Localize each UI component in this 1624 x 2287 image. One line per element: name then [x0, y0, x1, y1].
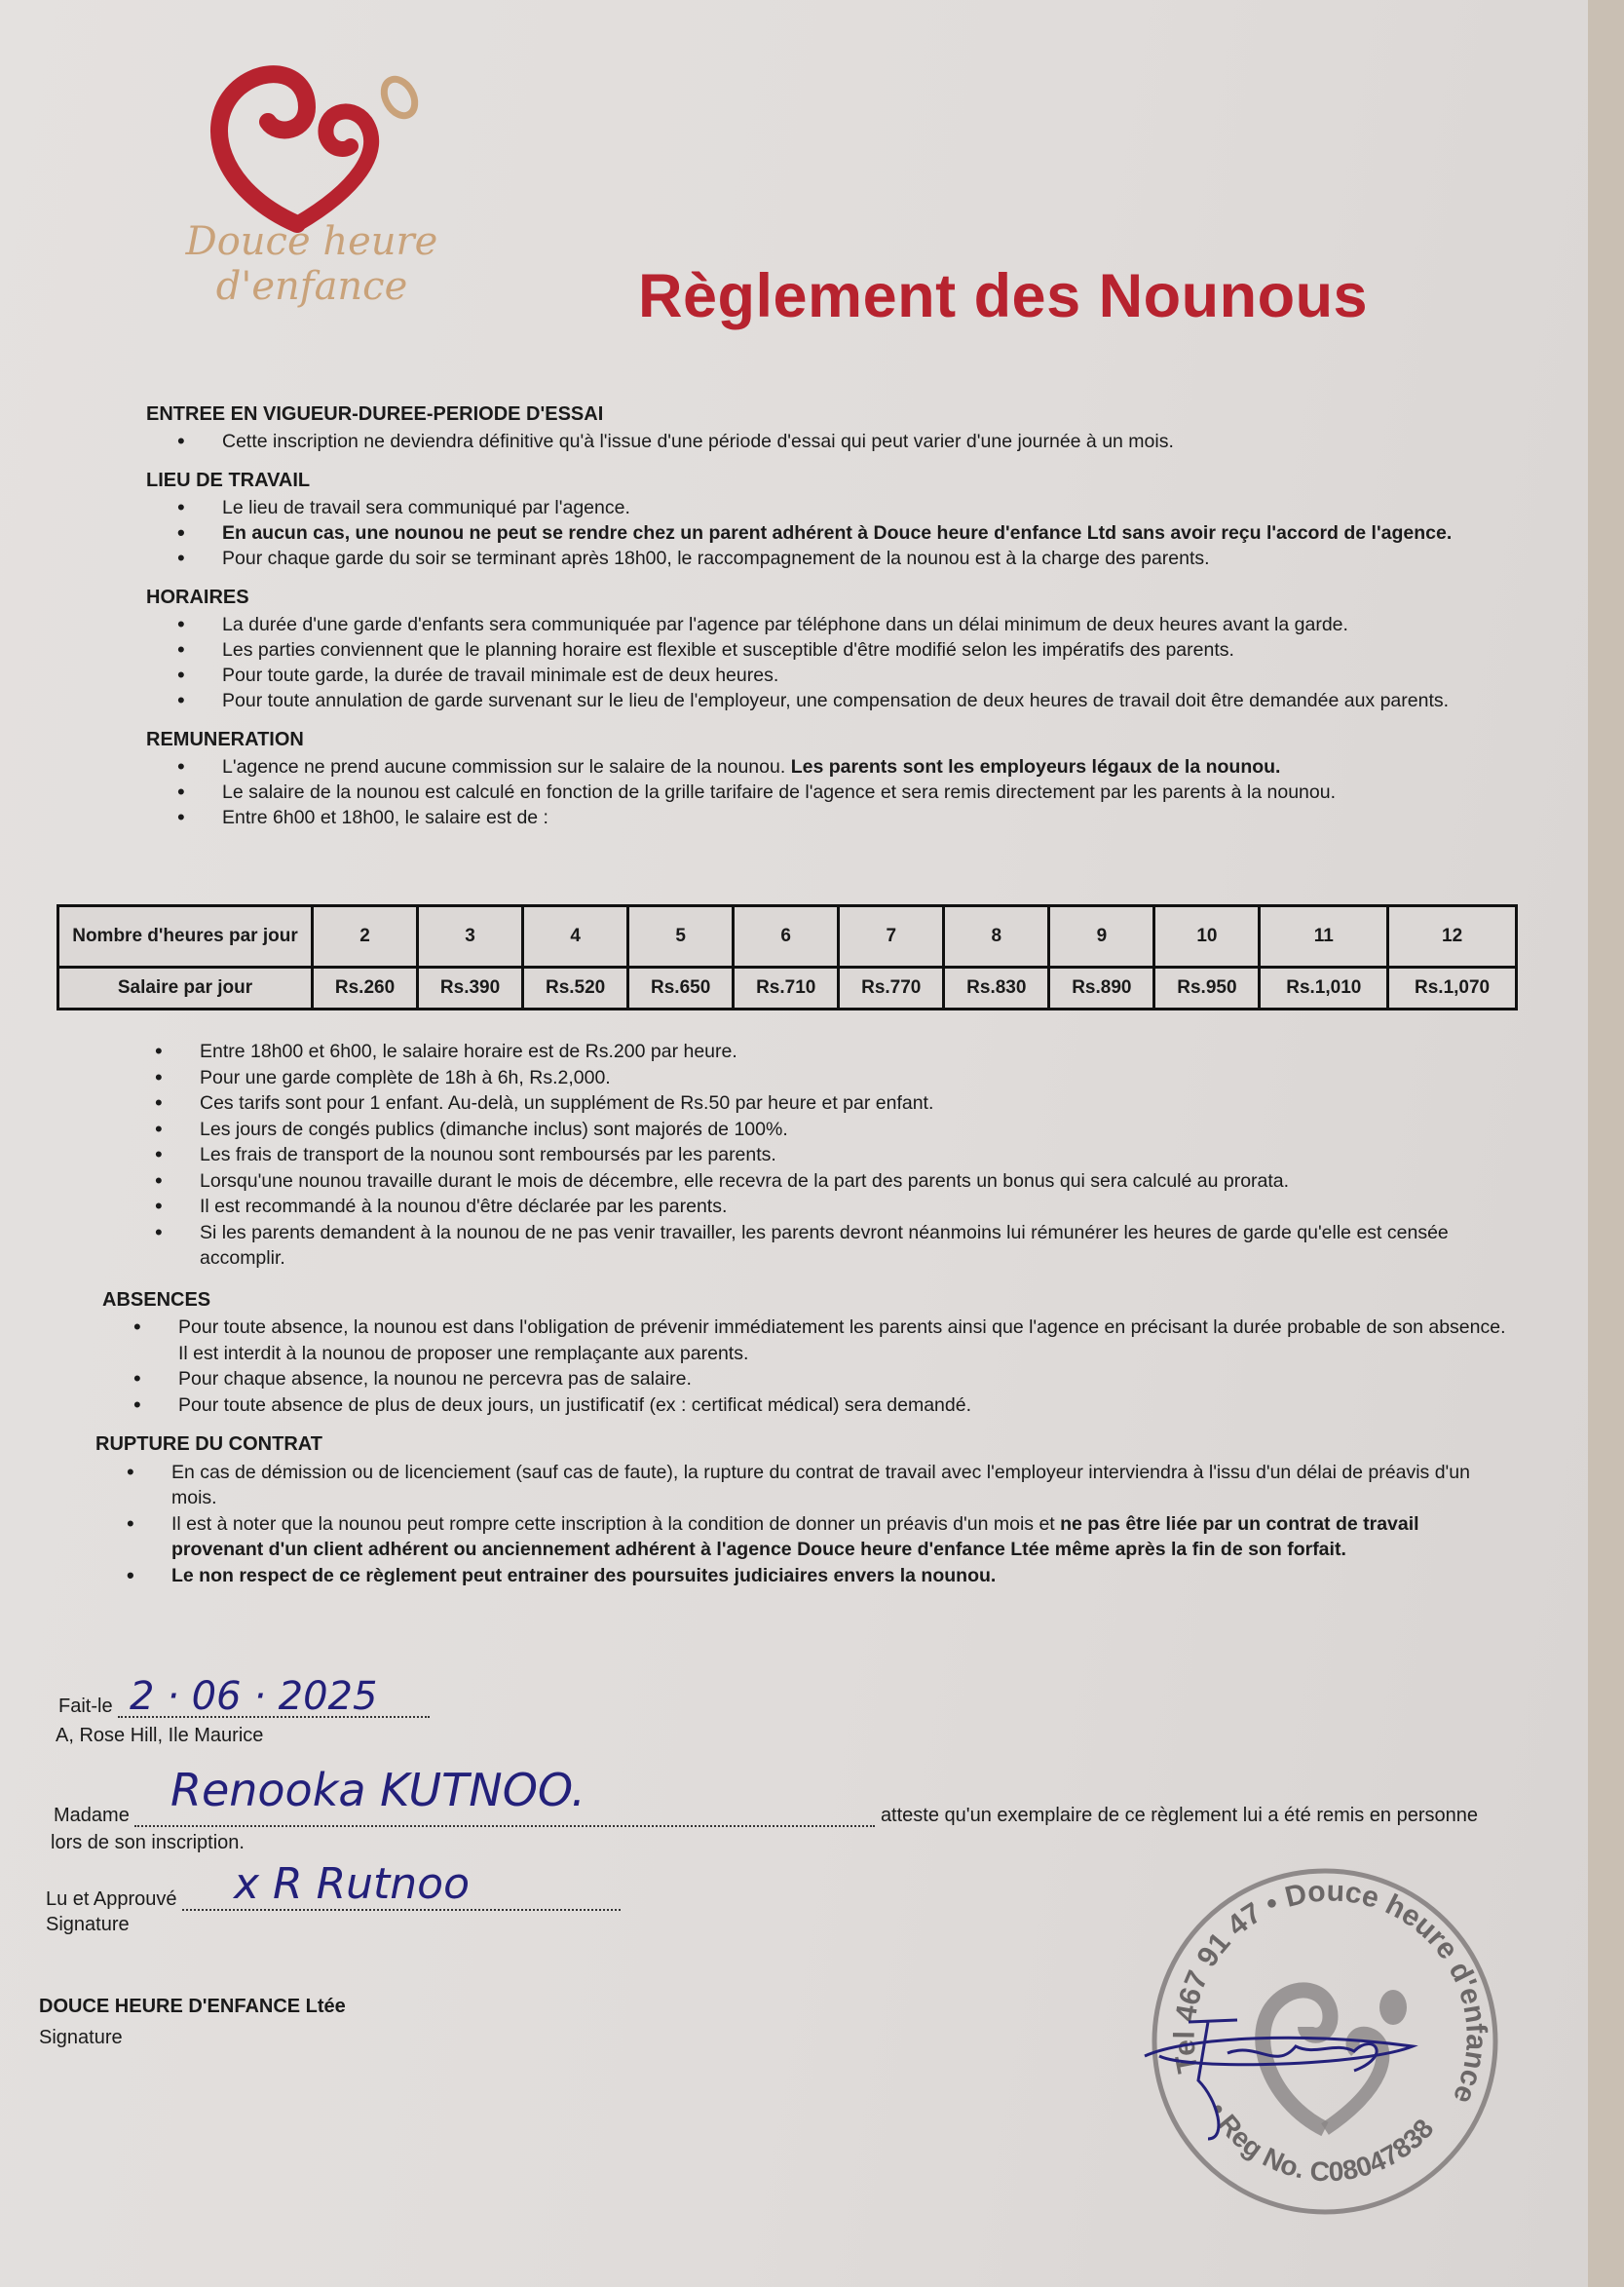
section-absences: ABSENCES Pour toute absence, la nounou e…: [102, 1287, 1510, 1419]
salary-cell: Rs.650: [628, 968, 734, 1010]
hours-cell: 8: [944, 906, 1049, 968]
hours-cell: 10: [1154, 906, 1260, 968]
list-item: Les jours de congés publics (dimanche in…: [200, 1117, 1510, 1143]
list-item: Entre 6h00 et 18h00, le salaire est de :: [222, 805, 1510, 830]
section-heading: ENTREE EN VIGUEUR-DUREE-PERIODE D'ESSAI: [146, 401, 1510, 427]
list-item: L'agence ne prend aucune commission sur …: [222, 754, 1510, 780]
company-name: DOUCE HEURE D'ENFANCE Ltée: [39, 1996, 346, 2018]
hours-cell: 3: [418, 906, 523, 968]
company-signature-label: Signature: [39, 2027, 123, 2049]
item-text: L'agence ne prend aucune commission sur …: [222, 756, 791, 778]
salary-cell: Rs.520: [523, 968, 628, 1010]
salary-cell: Rs.710: [734, 968, 839, 1010]
handwritten-date: 2 · 06 · 2025: [130, 1674, 377, 1719]
section-heading: LIEU DE TRAVAIL: [146, 468, 1510, 493]
salary-cell: Rs.890: [1049, 968, 1154, 1010]
list-item: Le lieu de travail sera communiqué par l…: [222, 495, 1510, 520]
section-remuneration: REMUNERATION L'agence ne prend aucune co…: [146, 727, 1510, 830]
lu-approuve-label: Lu et Approuvé: [46, 1888, 177, 1910]
item-text: Il est à noter que la nounou peut rompre…: [171, 1513, 1060, 1535]
section-entree: ENTREE EN VIGUEUR-DUREE-PERIODE D'ESSAI …: [146, 401, 1510, 454]
company-stamp-icon: Tel 467 91 47 • Douce heure d'enfance Lt…: [1130, 1847, 1520, 2236]
salary-cell: Rs.390: [418, 968, 523, 1010]
list-item: Si les parents demandent à la nounou de …: [200, 1220, 1510, 1272]
table-row-salaries: Salaire par jour Rs.260Rs.390Rs.520Rs.65…: [58, 968, 1517, 1010]
list-item: Ces tarifs sont pour 1 enfant. Au-delà, …: [200, 1090, 1510, 1117]
section-remuneration-continued: Entre 18h00 et 6h00, le salaire horaire …: [146, 1039, 1510, 1272]
hours-cell: 2: [313, 906, 418, 968]
hours-cell: 11: [1260, 906, 1388, 968]
madame-label: Madame: [54, 1805, 130, 1826]
list-item: Pour toute absence, la nounou est dans l…: [178, 1315, 1510, 1366]
list-item: En cas de démission ou de licenciement (…: [171, 1460, 1510, 1511]
attest-text: atteste qu'un exemplaire de ce règlement…: [881, 1805, 1478, 1826]
brand-name: Douce heure d'enfance: [170, 219, 453, 309]
name-field[interactable]: [134, 1825, 875, 1827]
list-item: Lorsqu'une nounou travaille durant le mo…: [200, 1168, 1510, 1195]
list-item: Pour toute absence de plus de deux jours…: [178, 1392, 1510, 1419]
hours-cell: 5: [628, 906, 734, 968]
hours-cell: 9: [1049, 906, 1154, 968]
brand-line-1: Douce heure: [170, 219, 453, 264]
handwritten-name: Renooka KUTNOO.: [170, 1764, 585, 1816]
list-item: Pour chaque absence, la nounou ne percev…: [178, 1366, 1510, 1392]
signature-label: Signature: [46, 1914, 130, 1936]
section-heading: RUPTURE DU CONTRAT: [95, 1431, 1510, 1458]
rules-body-continued: Entre 18h00 et 6h00, le salaire horaire …: [146, 1039, 1510, 1602]
hours-cell: 12: [1388, 906, 1517, 968]
list-item: Pour une garde complète de 18h à 6h, Rs.…: [200, 1065, 1510, 1091]
salary-cell: Rs.1,010: [1260, 968, 1388, 1010]
table-row-hours: Nombre d'heures par jour 23456789101112: [58, 906, 1517, 968]
salary-cell: Rs.830: [944, 968, 1049, 1010]
section-lieu: LIEU DE TRAVAIL Le lieu de travail sera …: [146, 468, 1510, 571]
hours-cell: 6: [734, 906, 839, 968]
page-edge: [1588, 0, 1624, 2287]
attest-text-2: lors de son inscription.: [51, 1832, 245, 1854]
item-text-bold: Les parents sont les employeurs légaux d…: [791, 756, 1281, 778]
list-item: Le non respect de ce règlement peut entr…: [171, 1563, 1510, 1589]
list-item: Cette inscription ne deviendra définitiv…: [222, 429, 1510, 454]
list-item: Entre 18h00 et 6h00, le salaire horaire …: [200, 1039, 1510, 1065]
section-horaires: HORAIRES La durée d'une garde d'enfants …: [146, 585, 1510, 713]
salary-cell: Rs.770: [839, 968, 944, 1010]
list-item: La durée d'une garde d'enfants sera comm…: [222, 612, 1510, 637]
page-title: Règlement des Nounous: [638, 261, 1368, 331]
list-item: Il est à noter que la nounou peut rompre…: [171, 1511, 1510, 1563]
section-heading: HORAIRES: [146, 585, 1510, 610]
salary-cell: Rs.260: [313, 968, 418, 1010]
row-header: Salaire par jour: [58, 968, 313, 1010]
row-header: Nombre d'heures par jour: [58, 906, 313, 968]
place-label: A, Rose Hill, Ile Maurice: [56, 1725, 263, 1747]
list-item: Les parties conviennent que le planning …: [222, 637, 1510, 663]
handwritten-signature: x R Rutnoo: [234, 1859, 470, 1909]
list-item: Pour chaque garde du soir se terminant a…: [222, 546, 1510, 571]
list-item: Il est recommandé à la nounou d'être déc…: [200, 1194, 1510, 1220]
hours-cell: 7: [839, 906, 944, 968]
signature-field[interactable]: [182, 1909, 621, 1911]
hours-cell: 4: [523, 906, 628, 968]
list-item: Pour toute annulation de garde survenant…: [222, 688, 1510, 713]
rules-body: ENTREE EN VIGUEUR-DUREE-PERIODE D'ESSAI …: [146, 401, 1510, 844]
list-item: Pour toute garde, la durée de travail mi…: [222, 663, 1510, 688]
svg-text:Tel 467 91 47 • Douce heure d': Tel 467 91 47 • Douce heure d'enfance Lt…: [1130, 1847, 1492, 2109]
section-rupture: RUPTURE DU CONTRAT En cas de démission o…: [95, 1431, 1510, 1588]
list-item: En aucun cas, une nounou ne peut se rend…: [222, 520, 1510, 546]
section-heading: ABSENCES: [102, 1287, 1510, 1314]
list-item: Les frais de transport de la nounou sont…: [200, 1142, 1510, 1168]
brand-line-2: d'enfance: [170, 264, 453, 309]
fait-le-label: Fait-le: [58, 1696, 113, 1717]
list-item: Le salaire de la nounou est calculé en f…: [222, 780, 1510, 805]
salary-cell: Rs.950: [1154, 968, 1260, 1010]
salary-rate-table: Nombre d'heures par jour 23456789101112 …: [57, 904, 1518, 1010]
section-heading: REMUNERATION: [146, 727, 1510, 752]
salary-cell: Rs.1,070: [1388, 968, 1517, 1010]
